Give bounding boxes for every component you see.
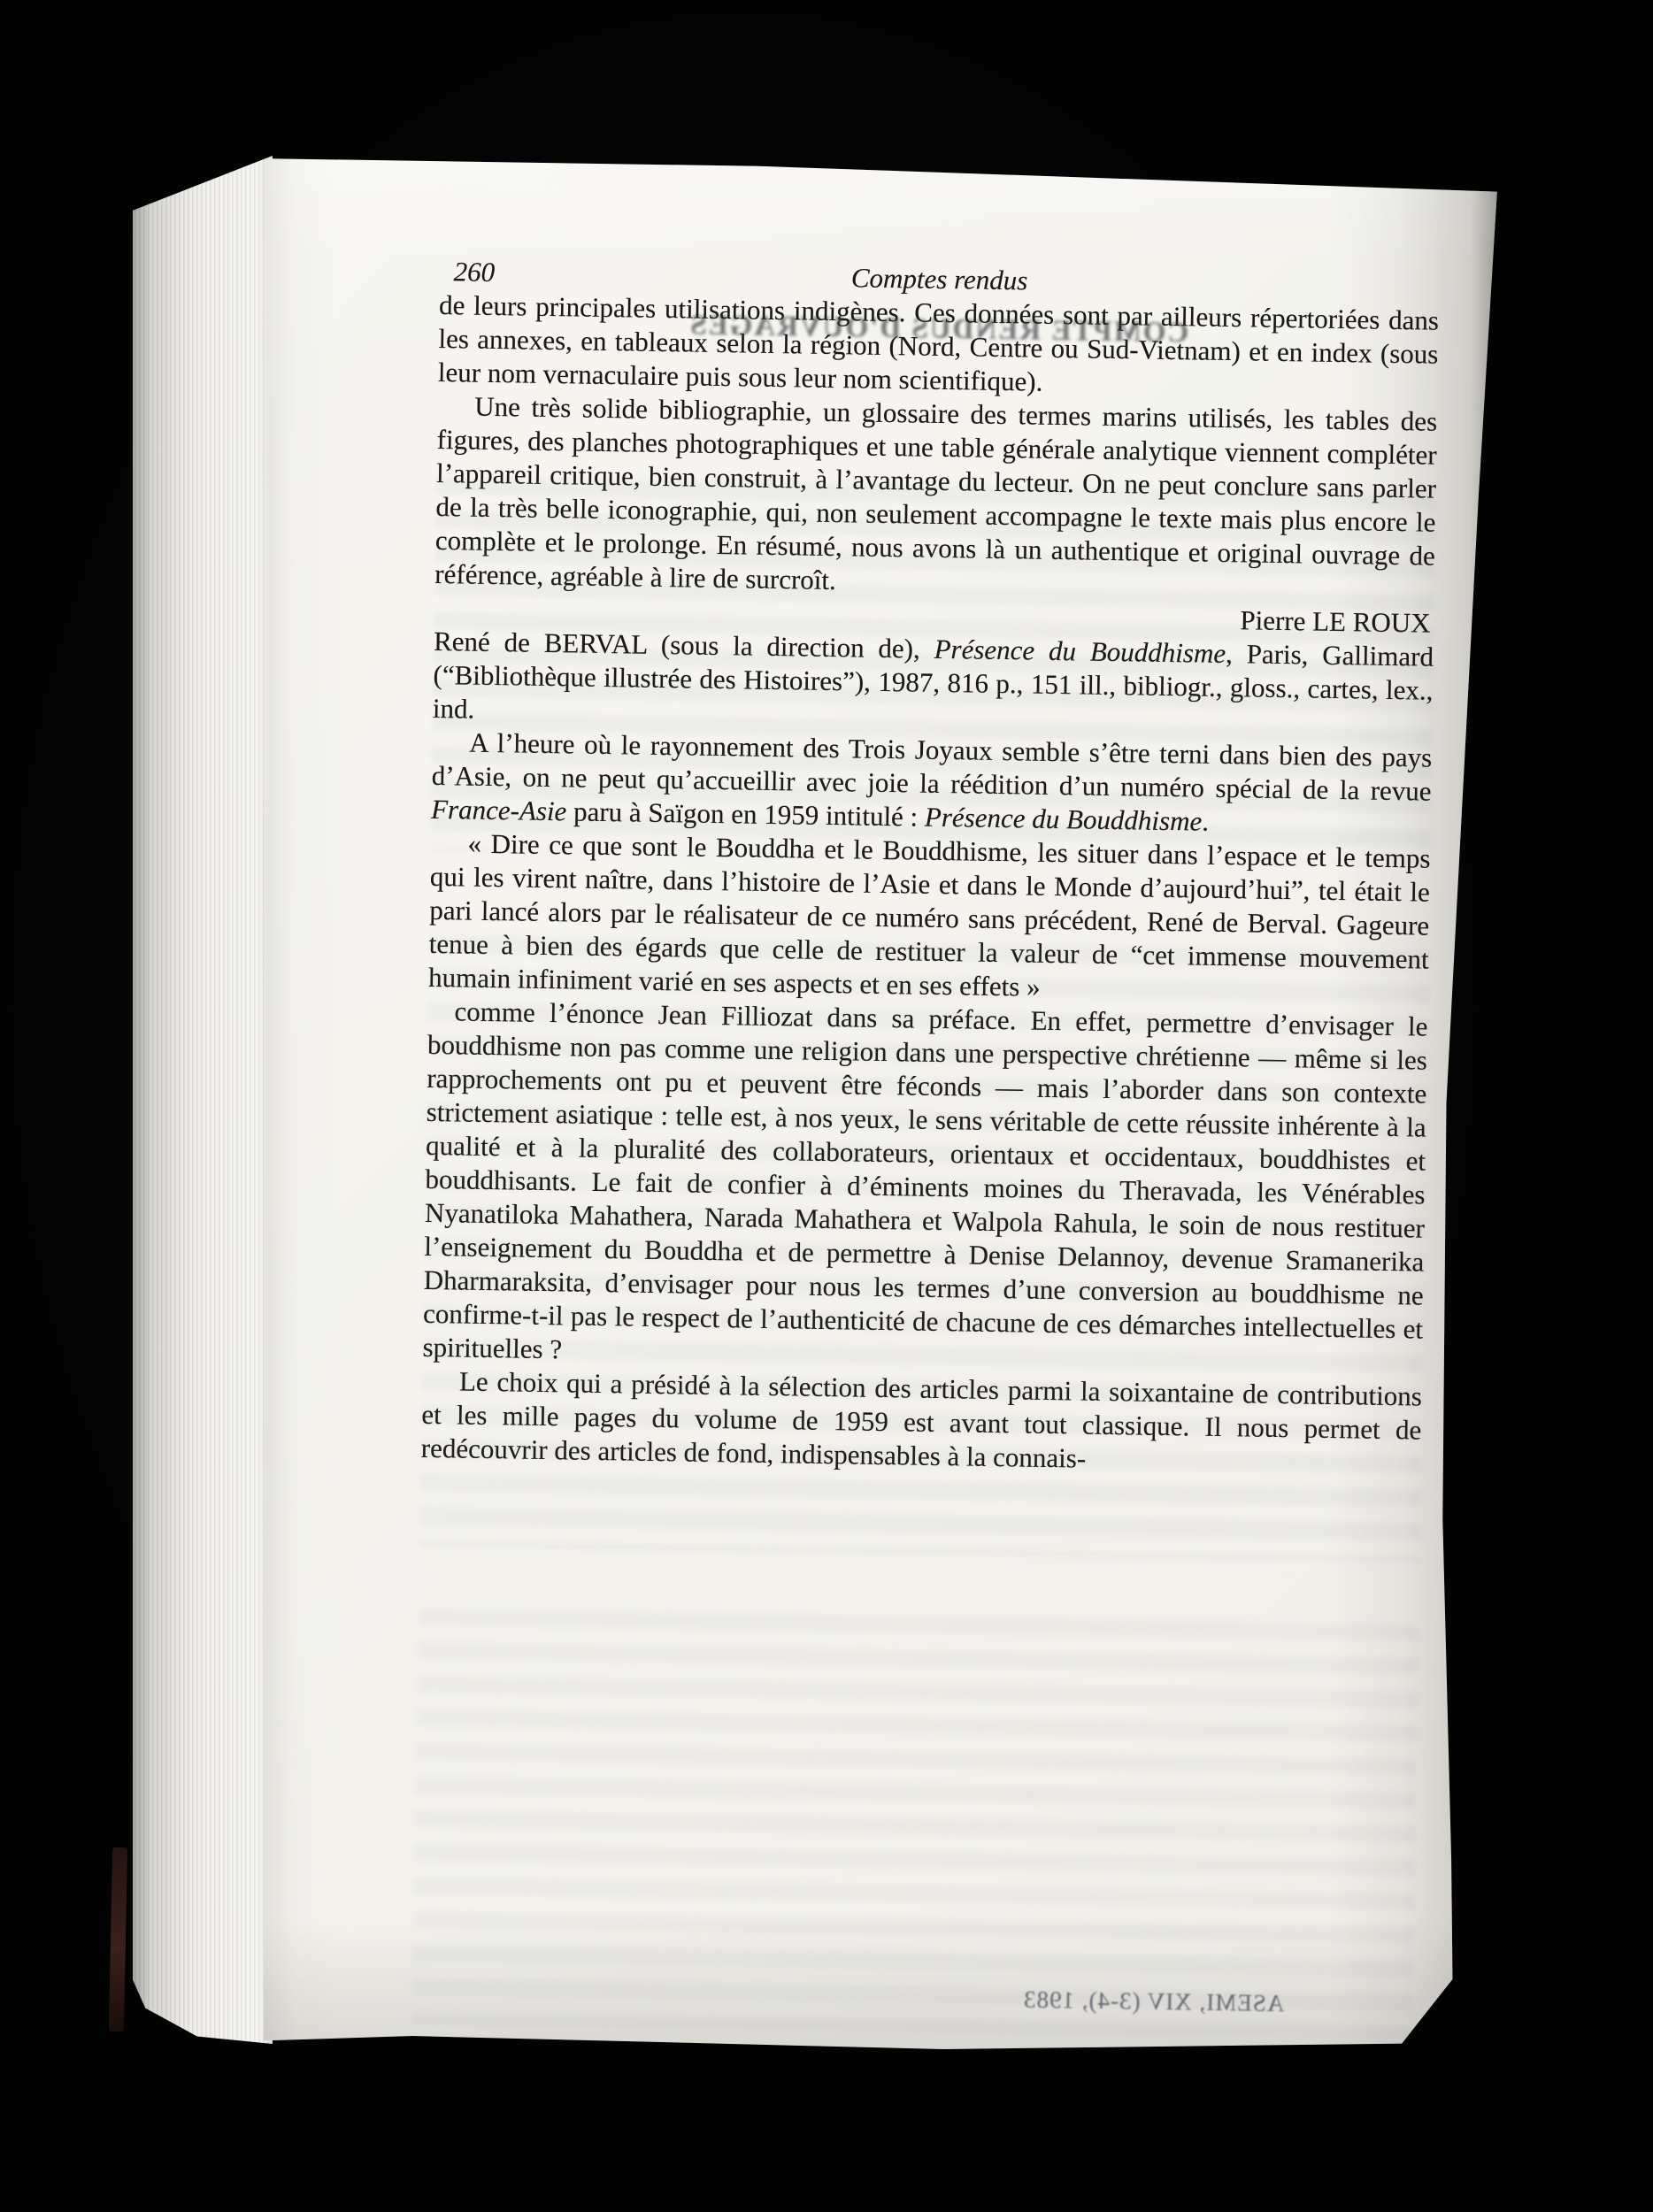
verso-showthrough-texture [412,1609,1419,2040]
page-number: 260 [453,255,495,289]
verso-showthrough-texture [419,936,1429,1563]
paragraph-review-continuation: de leurs principales utilisations indigè… [438,288,1440,405]
book-page: COMPTE RENDUS D'OUVRAGES ASEMI, XIV (3-4… [264,156,1501,2049]
book-photo: COMPTE RENDUS D'OUVRAGES ASEMI, XIV (3-4… [0,0,1653,2212]
page-content: COMPTE RENDUS D'OUVRAGES ASEMI, XIV (3-4… [421,255,1440,1481]
verso-showthrough-texture [430,478,1435,865]
book-cover-edge [109,1847,127,2032]
book-fore-edge-pages [133,156,273,2044]
